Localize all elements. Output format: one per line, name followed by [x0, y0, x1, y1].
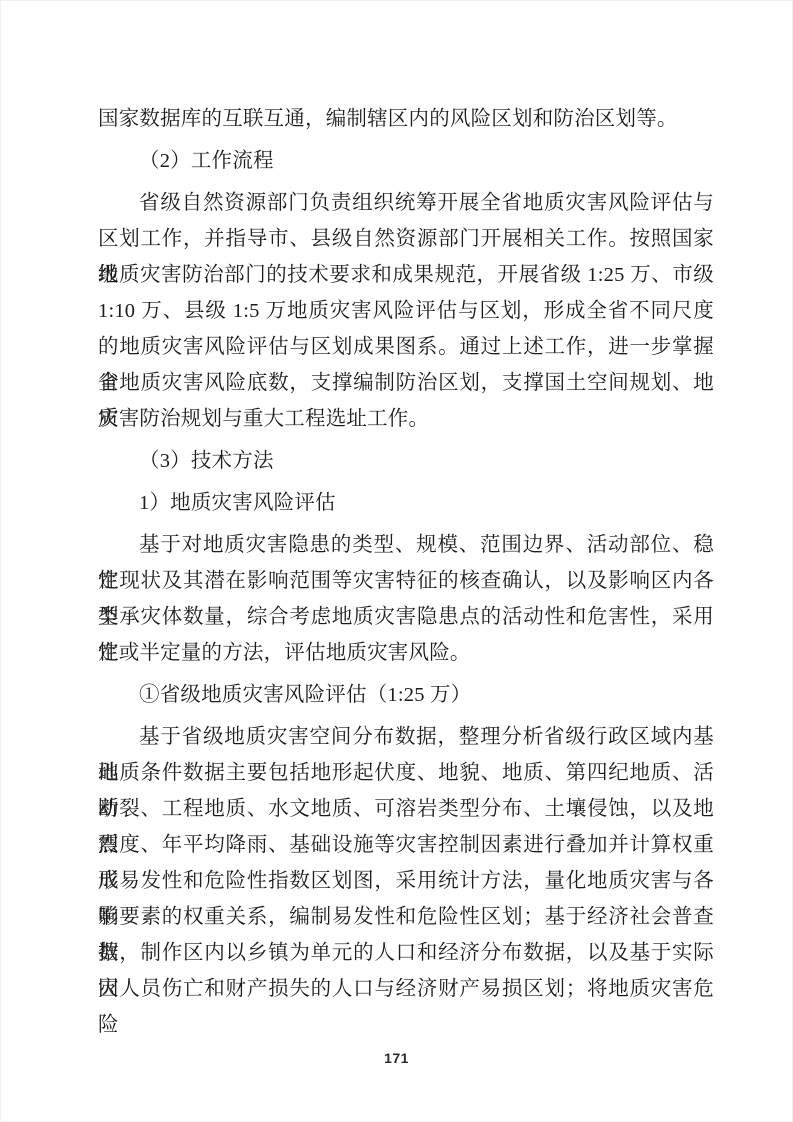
heading-line: ①省级地质灾害风险评估（1:25 万）: [98, 677, 714, 713]
text-line: 据，制作区内以乡镇为单元的人口和经济分布数据，以及基于实际因: [98, 935, 714, 971]
text-line: 地质条件数据主要包括地形起伏度、地貌、地质、第四纪地质、活动: [98, 755, 714, 791]
text-line: 响要素的权重关系，编制易发性和危险性区划；基于经济社会普查数: [98, 899, 714, 935]
text-line: 灾人员伤亡和财产损失的人口与经济财产易损区划；将地质灾害危险: [98, 971, 714, 1007]
page-number: 171: [1, 1050, 792, 1066]
text-line: 型承灾体数量，综合考虑地质灾害隐患点的活动性和危害性，采用定: [98, 599, 714, 635]
text-line: 省地质灾害风险底数，支撑编制防治区划，支撑国土空间规划、地质: [98, 365, 714, 401]
text-line: 性或半定量的方法，评估地质灾害风险。: [98, 635, 714, 671]
text-line: 断裂、工程地质、水文地质、可溶岩类型分布、土壤侵蚀，以及地震: [98, 791, 714, 827]
document-page: 国家数据库的互联互通，编制辖区内的风险区划和防治区划等。（2）工作流程省级自然资…: [0, 0, 793, 1122]
text-line: 烈度、年平均降雨、基础设施等灾害控制因素进行叠加并计算权重形: [98, 827, 714, 863]
text-line: 灾害防治规划与重大工程选址工作。: [98, 401, 714, 437]
heading-line: （3）技术方法: [98, 443, 714, 479]
document-body: 国家数据库的互联互通，编制辖区内的风险区划和防治区划等。（2）工作流程省级自然资…: [98, 101, 714, 1007]
text-line: 成易发性和危险性指数区划图，采用统计方法，量化地质灾害与各影: [98, 863, 714, 899]
text-line: 地质灾害防治部门的技术要求和成果规范，开展省级 1:25 万、市级: [98, 257, 714, 293]
heading-line: 1）地质灾害风险评估: [98, 485, 714, 521]
text-line: 国家数据库的互联互通，编制辖区内的风险区划和防治区划等。: [98, 101, 714, 137]
text-line: 省级自然资源部门负责组织统筹开展全省地质灾害风险评估与: [98, 185, 714, 221]
text-line: 1:10 万、县级 1:5 万地质灾害风险评估与区划，形成全省不同尺度: [98, 293, 714, 329]
text-line: 的地质灾害风险评估与区划成果图系。通过上述工作，进一步掌握全: [98, 329, 714, 365]
text-line: 区划工作，并指导市、县级自然资源部门开展相关工作。按照国家级: [98, 221, 714, 257]
heading-line: （2）工作流程: [98, 143, 714, 179]
text-line: 基于省级地质灾害空间分布数据，整理分析省级行政区域内基础: [98, 719, 714, 755]
text-line: 性现状及其潜在影响范围等灾害特征的核查确认，以及影响区内各类: [98, 563, 714, 599]
text-line: 基于对地质灾害隐患的类型、规模、范围边界、活动部位、稳定: [98, 527, 714, 563]
